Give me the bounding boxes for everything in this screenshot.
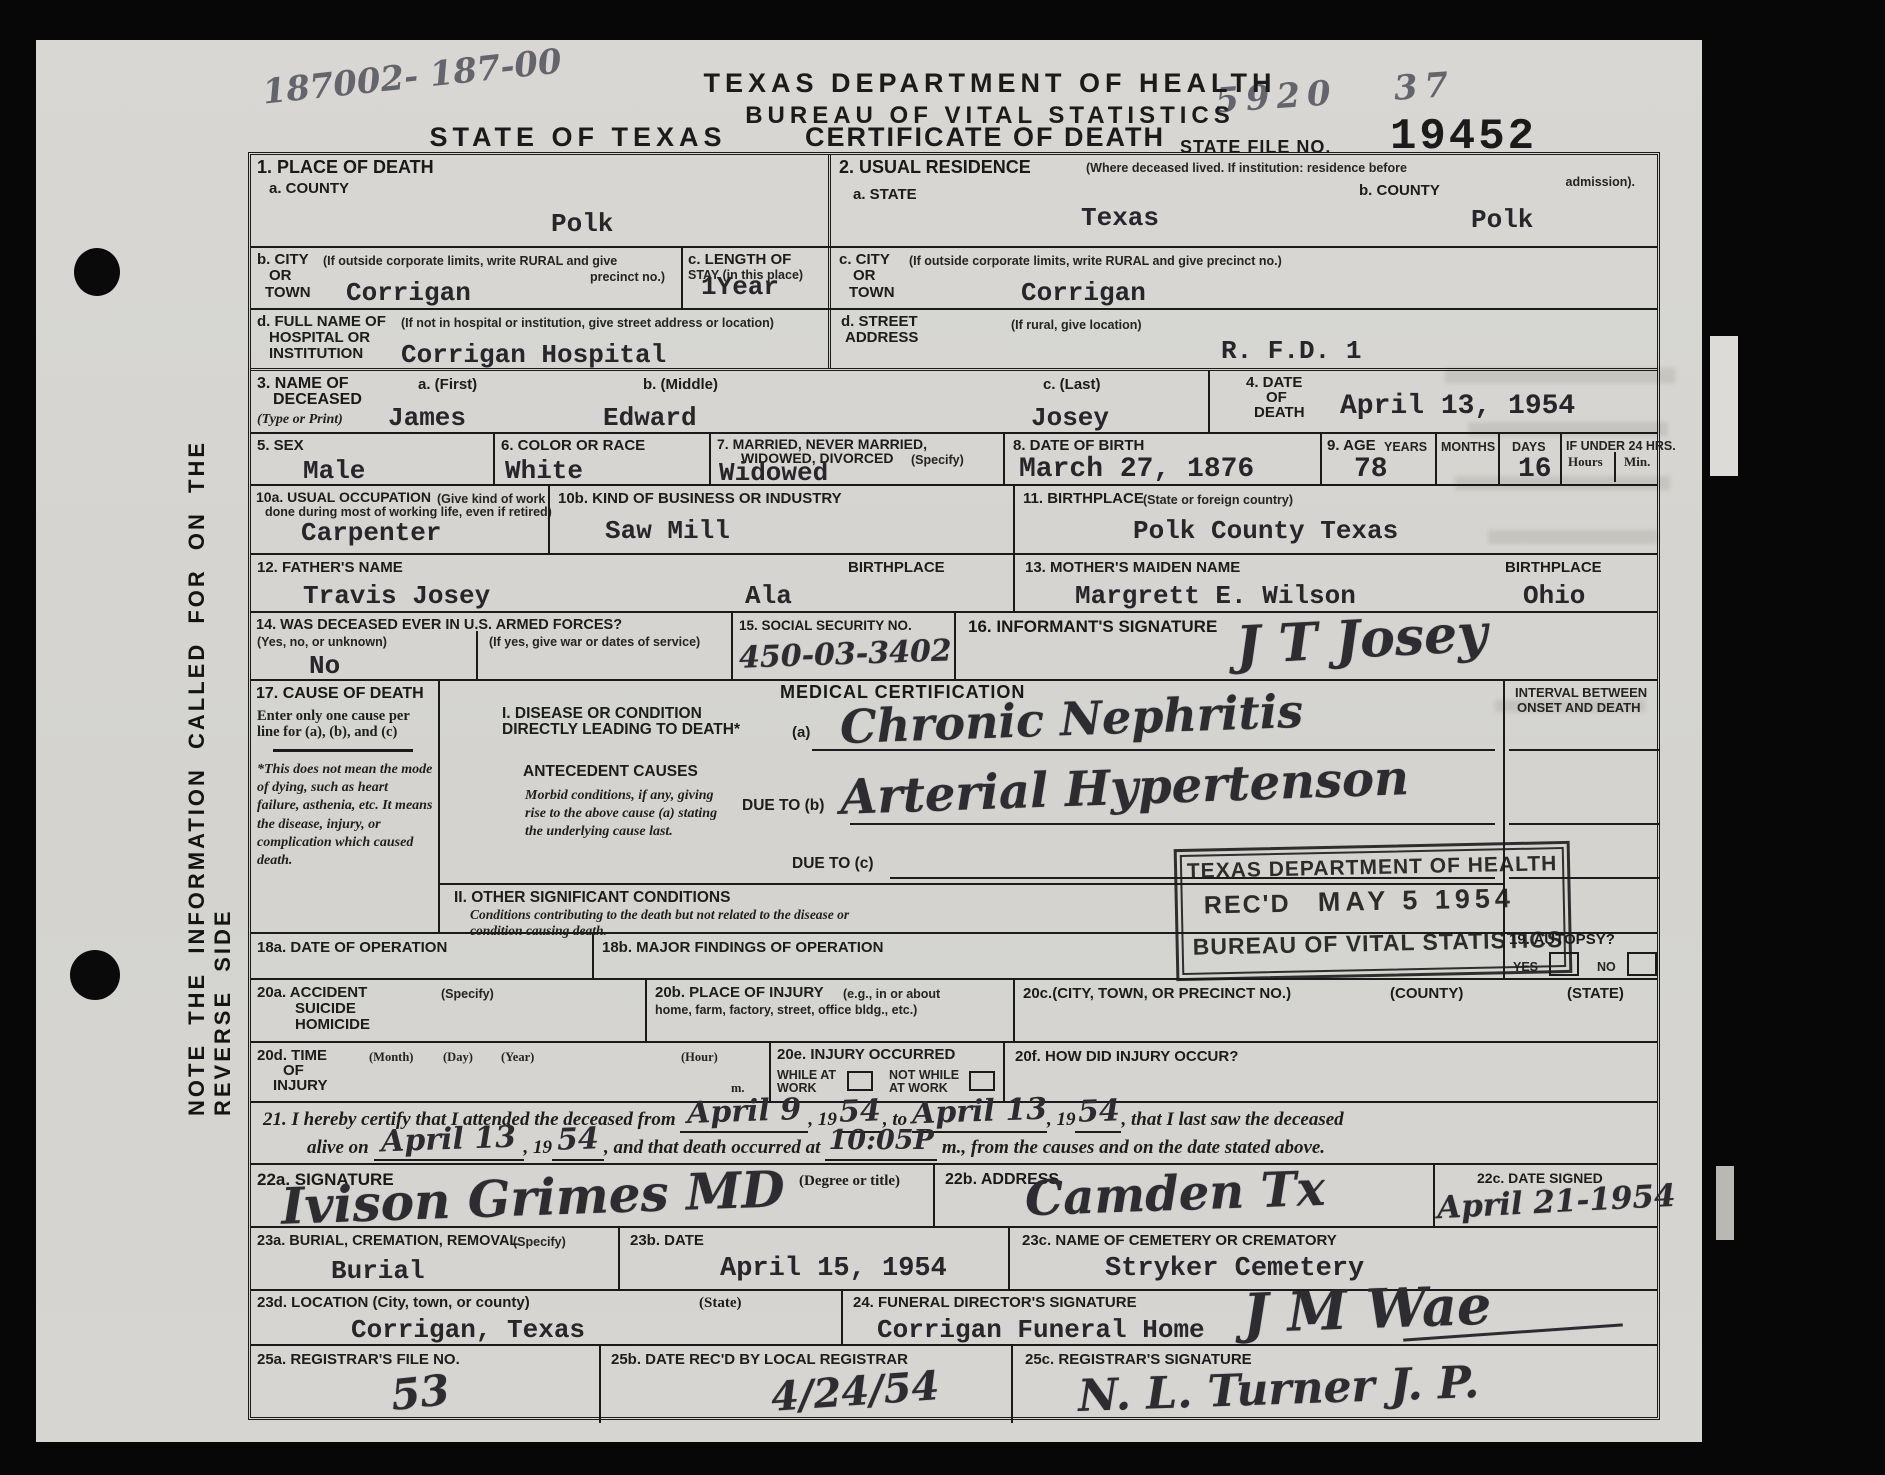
alive-on-slot: April 13 (374, 1137, 524, 1161)
city-or: OR (269, 268, 292, 285)
hospital-note: (If not in hospital or institution, give… (401, 316, 774, 330)
findings-label: 18b. MAJOR FINDINGS OF OPERATION (602, 940, 883, 957)
race-value: White (505, 458, 583, 484)
mother-value: Margrett E. Wilson (1075, 583, 1356, 609)
alive-on-value: April 13 (381, 1127, 517, 1153)
field-accident-suicide-homicide: 20a. ACCIDENT (Specify) SUICIDE HOMICIDE (251, 980, 645, 1041)
burial-date-value: April 15, 1954 (720, 1256, 947, 1283)
field-residence-city: c. CITY (If outside corporate limits, wr… (828, 248, 1663, 308)
registrar-signature-value: N. L. Turner J. P. (1077, 1363, 1479, 1417)
death-time-value: 10:05P (828, 1132, 933, 1151)
location-label: 23d. LOCATION (City, town, or county) (257, 1295, 530, 1312)
field-burial-location: 23d. LOCATION (City, town, or county) (S… (251, 1291, 841, 1344)
received-stamp: TEXAS DEPARTMENT OF HEALTH REC'D MAY 5 1… (1174, 841, 1573, 981)
field-date-of-operation: 18a. DATE OF OPERATION (251, 934, 592, 978)
field-age-months: MONTHS (1435, 434, 1498, 484)
residence-state-value: Texas (1081, 205, 1159, 231)
injury-occurred-label: 20e. INJURY OCCURRED (777, 1047, 955, 1064)
hospital-label3: INSTITUTION (269, 346, 363, 363)
field-street-address: d. STREET ADDRESS (If rural, give locati… (828, 310, 1663, 368)
date-received-label: 25b. DATE REC'D BY LOCAL REGISTRAR (611, 1352, 908, 1369)
mother-birthplace-value: Ohio (1523, 583, 1585, 609)
field-marital-status: 7. MARRIED, NEVER MARRIED, WIDOWED, DIVO… (709, 434, 1003, 484)
occupation-value: Carpenter (301, 520, 441, 546)
disease-a-label: (a) (792, 725, 810, 742)
location-value: Corrigan, Texas (351, 1317, 585, 1343)
age-label: 9. AGE (1327, 438, 1376, 455)
field-burial-date: 23b. DATE April 15, 1954 (618, 1228, 1008, 1289)
injury-day: (Day) (443, 1050, 473, 1064)
injury-month: (Month) (369, 1050, 413, 1064)
cause-note: *This does not mean the mode of dying, s… (257, 761, 433, 870)
physician-signature-value: Ivison Grimes MD (280, 1166, 785, 1229)
field-age-under-24: IF UNDER 24 HRS. Hours Min. (1560, 434, 1663, 484)
marital-label3: (Specify) (911, 453, 964, 467)
scanned-death-certificate: NOTE THE INFORMATION CALLED FOR ON THE R… (0, 0, 1885, 1475)
antecedent-label: ANTECEDENT CAUSES (523, 763, 698, 780)
field-occupation: 10a. USUAL OCCUPATION (Give kind of work… (251, 486, 548, 553)
informant-signature-value: J T Josey (1235, 610, 1488, 670)
interval-label: INTERVAL BETWEEN (1515, 686, 1647, 701)
field-mothers-name: 13. MOTHER'S MAIDEN NAME Margrett E. Wil… (1013, 555, 1663, 611)
punch-hole-top (74, 248, 120, 296)
first-name-value: James (388, 405, 466, 431)
city-value: Corrigan (346, 280, 471, 306)
header-certificate-title: CERTIFICATE OF DEATH (790, 122, 1180, 153)
birthplace-label: 11. BIRTHPLACE (1023, 491, 1144, 508)
marital-value: Widowed (719, 460, 828, 486)
field-place-of-death: 1. PLACE OF DEATH a. COUNTY Polk (251, 155, 828, 246)
date-received-value: 4/24/54 (770, 1368, 940, 1416)
attended-from-value: April 9 (687, 1099, 802, 1124)
physician-address-value: Camden Tx (1024, 1168, 1325, 1222)
last-name-label: c. (Last) (1043, 377, 1101, 394)
stamp-date: MAY 5 1954 (1317, 883, 1515, 918)
interval-label2: ONSET AND DEATH (1517, 701, 1641, 716)
row-registrar: 25a. REGISTRAR'S FILE NO. 53 25b. DATE R… (251, 1346, 1657, 1423)
field-time-of-injury: 20d. TIME OF INJURY (Month) (Day) (Year)… (251, 1043, 769, 1101)
age-years-value: 78 (1354, 456, 1388, 484)
autopsy-no-label: NO (1597, 960, 1616, 974)
attended-to-value: April 13 (912, 1099, 1048, 1125)
injury-city-label: 20c.(CITY, TOWN, OR PRECINCT NO.) (1023, 986, 1291, 1003)
due-b-label: DUE TO (b) (742, 797, 824, 814)
row-occupation: 10a. USUAL OCCUPATION (Give kind of work… (251, 486, 1657, 555)
mother-label: 13. MOTHER'S MAIDEN NAME (1025, 560, 1240, 577)
field-age-years: 9. AGE YEARS 78 (1320, 434, 1435, 484)
age-months-label: MONTHS (1441, 440, 1495, 454)
funeral-director-signature: J M Wae (1242, 1281, 1492, 1338)
certify-text: m., from the causes and on the date stat… (942, 1137, 1325, 1158)
divider (476, 631, 478, 681)
row-place-residence: 1. PLACE OF DEATH a. COUNTY Polk 2. USUA… (251, 155, 1657, 248)
middle-name-label: b. (Middle) (643, 377, 718, 394)
row-accident: 20a. ACCIDENT (Specify) SUICIDE HOMICIDE… (251, 980, 1657, 1043)
funeral-director-label: 24. FUNERAL DIRECTOR'S SIGNATURE (853, 1295, 1137, 1312)
operation-date-label: 18a. DATE OF OPERATION (257, 940, 447, 957)
header-state-of-texas: STATE OF TEXAS (428, 122, 728, 153)
certificate-form: 1. PLACE OF DEATH a. COUNTY Polk 2. USUA… (248, 152, 1660, 1420)
from-year-value: 54 (839, 1100, 881, 1122)
not-at-work-label: AT WORK (889, 1081, 948, 1095)
field-burial-type: 23a. BURIAL, CREMATION, REMOVAL (Specify… (251, 1228, 618, 1289)
street-value: R. F.D. 1 (1221, 338, 1361, 364)
burial-date-label: 23b. DATE (630, 1233, 704, 1250)
sex-label: 5. SEX (257, 438, 304, 455)
autopsy-no-checkbox (1627, 952, 1657, 976)
disease-label: I. DISEASE OR CONDITION (502, 705, 702, 722)
middle-name-value: Edward (603, 405, 697, 431)
injury-year: (Year) (501, 1050, 534, 1064)
row-physician-signature: 22a. SIGNATURE (Degree or title) Ivison … (251, 1165, 1657, 1228)
registrar-file-value: 53 (389, 1371, 451, 1415)
hospital-value: Corrigan Hospital (401, 342, 666, 368)
certify-text: , 19 (1047, 1109, 1076, 1130)
informant-label: 16. INFORMANT'S SIGNATURE (968, 618, 1217, 637)
age-years-label: YEARS (1384, 440, 1427, 454)
field-registrar-file-no: 25a. REGISTRAR'S FILE NO. 53 (251, 1346, 599, 1423)
armed-forces-label: 14. WAS DECEASED EVER IN U.S. ARMED FORC… (256, 617, 622, 633)
field-registrar-signature: 25c. REGISTRAR'S SIGNATURE N. L. Turner … (1011, 1346, 1663, 1423)
burial-value: Burial (331, 1258, 425, 1284)
sex-value: Male (303, 458, 365, 484)
certify-text: alive on (307, 1137, 369, 1158)
field-length-of-stay: c. LENGTH OF STAY (in this place) 1Year (681, 248, 828, 308)
morbid-note: Morbid conditions, if any, giving rise t… (525, 787, 735, 842)
reverse-side-note: NOTE THE INFORMATION CALLED FOR ON THE R… (184, 296, 226, 1116)
city-town: TOWN (265, 285, 311, 302)
field-hospital-name: d. FULL NAME OF (If not in hospital or i… (251, 310, 828, 368)
row-forces-ssn-informant: 14. WAS DECEASED EVER IN U.S. ARMED FORC… (251, 613, 1657, 681)
row-city-stay: b. CITY (If outside corporate limits, wr… (251, 248, 1657, 310)
field-city-of-death: b. CITY (If outside corporate limits, wr… (251, 248, 681, 308)
certify-text: , 19 (524, 1137, 553, 1158)
field-color-race: 6. COLOR OR RACE White (493, 434, 709, 484)
usual-residence-title: 2. USUAL RESIDENCE (839, 158, 1031, 178)
name-title3: (Type or Print) (257, 411, 343, 429)
field-physician-signature: 22a. SIGNATURE (Degree or title) Ivison … (251, 1165, 933, 1226)
birthplace-value: Polk County Texas (1133, 518, 1398, 544)
field-name-of-deceased: 3. NAME OF DECEASED (Type or Print) a. (… (251, 371, 1208, 432)
divider (1614, 452, 1616, 482)
burial-label: 23a. BURIAL, CREMATION, REMOVAL (257, 1233, 518, 1249)
field-date-of-birth: 8. DATE OF BIRTH March 27, 1876 (1003, 434, 1320, 484)
field-armed-forces: 14. WAS DECEASED EVER IN U.S. ARMED FORC… (251, 613, 731, 679)
place-injury-label: 20b. PLACE OF INJURY (655, 985, 824, 1002)
cause-a-value: Chronic Nephritis (839, 691, 1303, 749)
business-value: Saw Mill (605, 518, 730, 544)
usual-residence-note2: admission). (1566, 175, 1635, 189)
field-fathers-name: 12. FATHER'S NAME Travis Josey BIRTHPLAC… (251, 555, 1013, 611)
death-time-slot: 10:05P (825, 1137, 937, 1161)
stay-label: c. LENGTH OF (688, 252, 791, 269)
scan-edge-artifact (1716, 1166, 1734, 1240)
interval-line (1509, 823, 1659, 825)
father-value: Travis Josey (303, 583, 490, 609)
usual-residence-note: (Where deceased lived. If institution: r… (1086, 161, 1407, 175)
cause-instr2: line for (a), (b), and (c) (257, 723, 397, 742)
city-note: (If outside corporate limits, write RURA… (323, 254, 617, 268)
stamp-recd: REC'D (1204, 890, 1291, 921)
how-injury-label: 20f. HOW DID INJURY OCCUR? (1015, 1049, 1238, 1066)
mother-birthplace-label: BIRTHPLACE (1505, 560, 1602, 577)
first-name-label: a. (First) (418, 377, 477, 394)
dod-label3: DEATH (1254, 405, 1305, 422)
age-days-value: 16 (1518, 456, 1552, 484)
place-of-death-title: 1. PLACE OF DEATH (257, 158, 434, 178)
injury-hour: (Hour) (681, 1050, 718, 1064)
residence-county-value: Polk (1471, 207, 1533, 233)
residence-city-value: Corrigan (1021, 280, 1146, 306)
certify-text: , and that death occurred at (604, 1137, 820, 1158)
father-label: 12. FATHER'S NAME (257, 560, 403, 577)
name-title2: DECEASED (273, 391, 362, 409)
race-label: 6. COLOR OR RACE (501, 438, 645, 455)
to-year-value: 54 (1077, 1100, 1119, 1122)
field-funeral-director: 24. FUNERAL DIRECTOR'S SIGNATURE Corriga… (841, 1291, 1663, 1344)
city-note2: precinct no.) (590, 270, 665, 284)
degree-title-label: (Degree or title) (799, 1173, 900, 1190)
field-sex: 5. SEX Male (251, 434, 493, 484)
street-label2: ADDRESS (845, 330, 918, 347)
last-name-value: Josey (1031, 405, 1109, 431)
attended-from-slot: April 9 (680, 1109, 808, 1133)
to-year-slot: 54 (1075, 1109, 1121, 1133)
injury-time-injury: INJURY (273, 1078, 327, 1095)
injury-state-label: (STATE) (1567, 986, 1624, 1003)
accident-specify: (Specify) (441, 987, 494, 1001)
field-injury-occurred: 20e. INJURY OCCURRED WHILE AT WORK NOT W… (769, 1043, 1003, 1101)
homicide-label: HOMICIDE (295, 1017, 370, 1034)
injury-county-label: (COUNTY) (1390, 986, 1463, 1003)
cause-title: 17. CAUSE OF DEATH (256, 685, 424, 703)
field-ssn: 15. SOCIAL SECURITY NO. 450-03-3402 (731, 613, 954, 679)
field-physician-address: 22b. ADDRESS Camden Tx (933, 1165, 1433, 1226)
birthplace-note: (State or foreign country) (1143, 493, 1293, 507)
field-how-injury-occurred: 20f. HOW DID INJURY OCCUR? (1003, 1043, 1663, 1101)
residence-city-town: TOWN (849, 285, 895, 302)
scan-edge-artifact (1710, 336, 1738, 476)
residence-county-label: b. COUNTY (1359, 183, 1440, 200)
row-hospital-street: d. FULL NAME OF (If not in hospital or i… (251, 310, 1657, 371)
residence-city-or: OR (853, 268, 876, 285)
field-informant-signature: 16. INFORMANT'S SIGNATURE J T Josey (954, 613, 1663, 679)
min-label: Min. (1624, 455, 1650, 470)
punch-hole-bottom (70, 950, 120, 1000)
field-injury-location: 20c.(CITY, TOWN, OR PRECINCT NO.) (COUNT… (1013, 980, 1663, 1041)
other-conditions-label: II. OTHER SIGNIFICANT CONDITIONS (454, 889, 730, 906)
divider (273, 749, 413, 752)
alive-year-slot: 54 (552, 1137, 604, 1161)
field-date-signed: 22c. DATE SIGNED April 21-1954 (1433, 1165, 1663, 1226)
field-place-of-injury: 20b. PLACE OF INJURY (e.g., in or about … (645, 980, 1013, 1041)
field-business-industry: 10b. KIND OF BUSINESS OR INDUSTRY Saw Mi… (548, 486, 1013, 553)
residence-state-label: a. STATE (853, 187, 917, 204)
while-at-work-checkbox (847, 1071, 873, 1091)
armed-forces-note: (Yes, no, or unknown) (257, 635, 387, 649)
row-demographics: 5. SEX Male 6. COLOR OR RACE White 7. MA… (251, 434, 1657, 486)
under-24-label: IF UNDER 24 HRS. (1566, 439, 1676, 453)
certify-text: , that I last saw the deceased (1121, 1109, 1343, 1130)
dob-label: 8. DATE OF BIRTH (1013, 438, 1144, 455)
street-note: (If rural, give location) (1011, 318, 1142, 332)
ssn-label: 15. SOCIAL SECURITY NO. (739, 618, 912, 633)
field-birthplace: 11. BIRTHPLACE (State or foreign country… (1013, 486, 1663, 553)
place-injury-note: (e.g., in or about (843, 987, 940, 1001)
disease-label2: DIRECTLY LEADING TO DEATH* (502, 721, 740, 738)
armed-forces-value: No (309, 653, 340, 679)
father-birthplace-value: Ala (745, 583, 792, 609)
hours-label: Hours (1568, 455, 1603, 470)
not-while-at-work-checkbox (969, 1071, 995, 1091)
business-label: 10b. KIND OF BUSINESS OR INDUSTRY (558, 491, 842, 508)
cause-b-line (850, 823, 1495, 825)
cause-b-value: Arterial Hypertenson (839, 757, 1409, 820)
burial-specify: (Specify) (513, 1235, 566, 1249)
county-value: Polk (551, 211, 613, 237)
age-days-label: DAYS (1512, 440, 1546, 454)
date-signed-value: April 21-1954 (1436, 1183, 1676, 1223)
field-age-days: DAYS 16 (1498, 434, 1560, 484)
county-label: a. COUNTY (269, 181, 349, 198)
name-title: 3. NAME OF (257, 375, 349, 393)
dod-value: April 13, 1954 (1340, 393, 1575, 421)
due-c-label: DUE TO (c) (792, 855, 874, 872)
field-date-received: 25b. DATE REC'D BY LOCAL REGISTRAR 4/24/… (599, 1346, 1011, 1423)
alive-year-value: 54 (557, 1128, 599, 1150)
residence-city-note: (If outside corporate limits, write RURA… (909, 254, 1282, 268)
father-birthplace-label: BIRTHPLACE (848, 560, 945, 577)
cemetery-label: 23c. NAME OF CEMETERY OR CREMATORY (1022, 1233, 1337, 1250)
funeral-director-value: Corrigan Funeral Home (877, 1317, 1205, 1343)
field-date-of-death: 4. DATE OF DEATH April 13, 1954 (1208, 371, 1663, 432)
field-usual-residence: 2. USUAL RESIDENCE (Where deceased lived… (828, 155, 1663, 246)
row-certify-statement: 21. I hereby certify that I attended the… (251, 1103, 1657, 1165)
interval-line (1509, 749, 1659, 751)
occupation-label: 10a. USUAL OCCUPATION (256, 490, 431, 506)
field-cause-instructions: 17. CAUSE OF DEATH Enter only one cause … (251, 681, 438, 932)
place-injury-note2: home, farm, factory, street, office bldg… (655, 1003, 917, 1017)
location-state-label: (State) (699, 1295, 741, 1312)
stay-value: 1Year (701, 274, 779, 300)
header-department: TEXAS DEPARTMENT OF HEALTH (620, 68, 1360, 99)
row-location-director: 23d. LOCATION (City, town, or county) (S… (251, 1291, 1657, 1346)
certify-line-2: alive on April 13, 1954, and that death … (307, 1133, 1325, 1163)
dob-value: March 27, 1876 (1019, 456, 1254, 484)
row-name-dod: 3. NAME OF DECEASED (Type or Print) a. (… (251, 371, 1657, 434)
ssn-value: 450-03-3402 (739, 637, 953, 671)
armed-forces-note2: (If yes, give war or dates of service) (489, 635, 700, 649)
